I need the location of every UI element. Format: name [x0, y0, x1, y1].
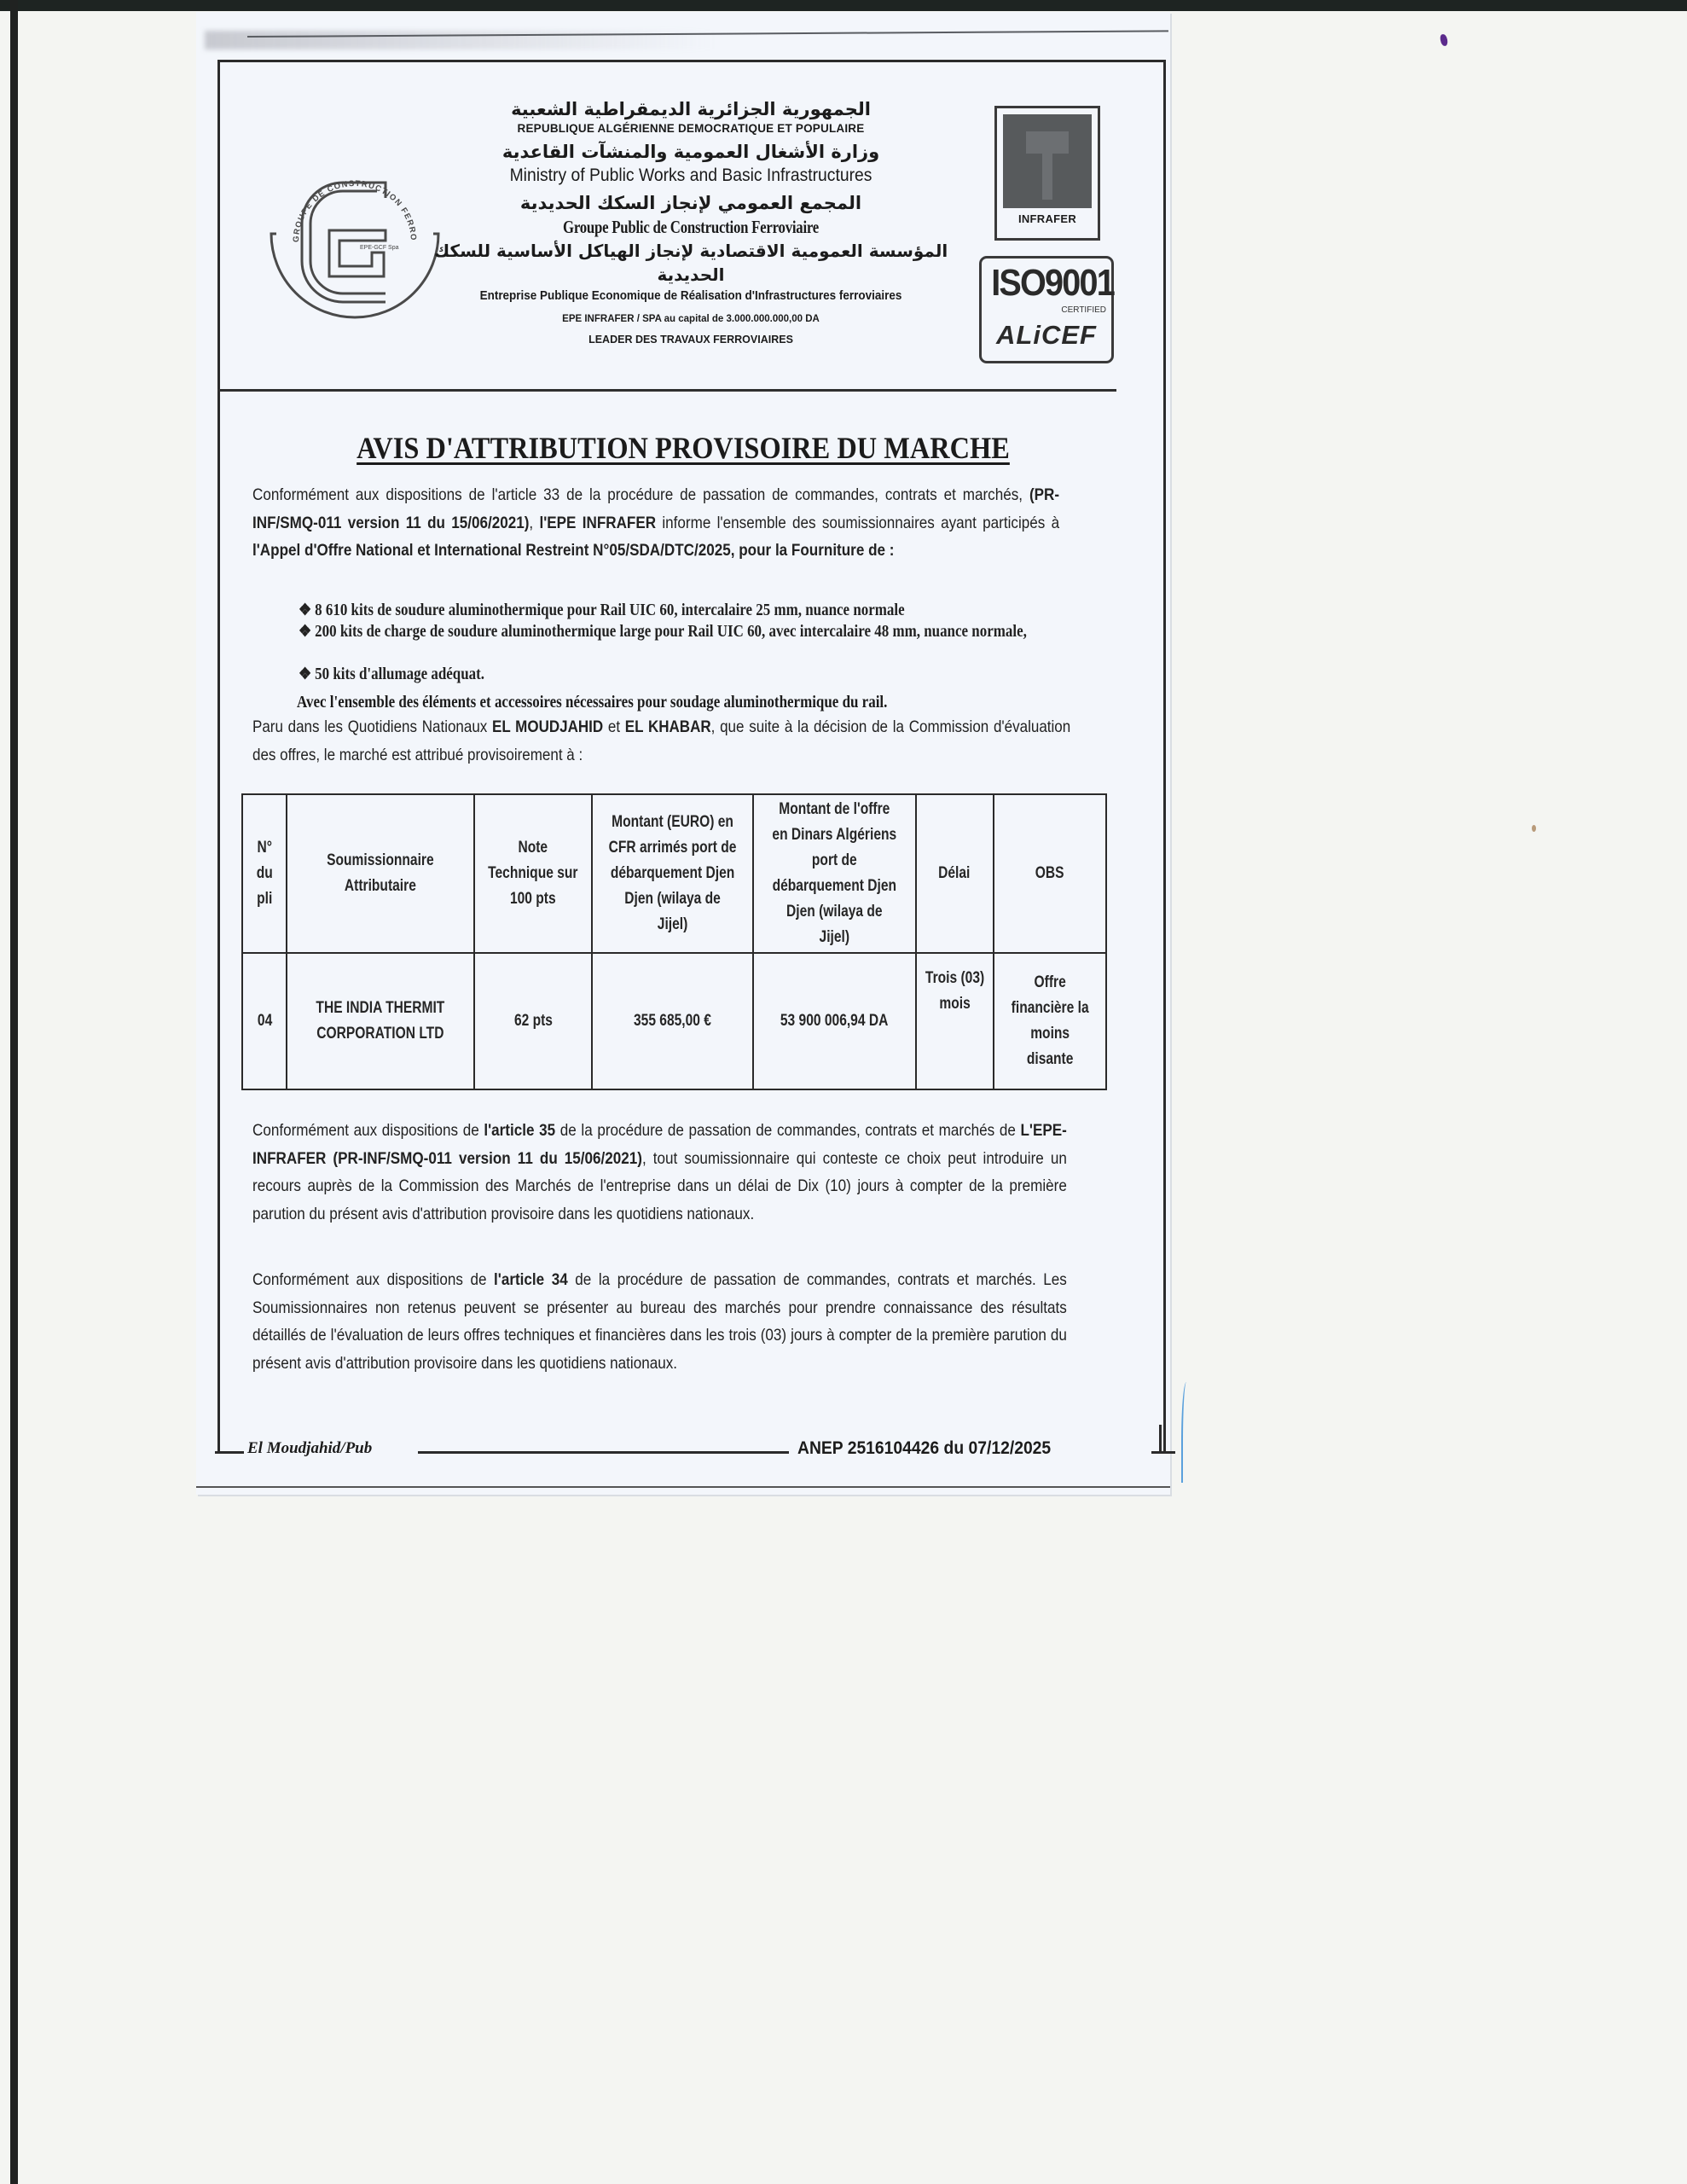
- republic-name: REPUBLIQUE ALGÉRIENNE DEMOCRATIQUE ET PO…: [418, 121, 964, 136]
- clipping-bottom-edge: [196, 1486, 1170, 1488]
- tender-ref: l'Appel d'Offre National et Internationa…: [252, 541, 731, 560]
- logo-ring-text: GROUPE DE CONSTRUCTION FERROVIAIRE: [264, 148, 418, 242]
- group-name: Groupe Public de Construction Ferroviair…: [472, 215, 909, 239]
- pen-mark: [1181, 1382, 1190, 1483]
- supply-item: ❖8 610 kits de soudure aluminothermique …: [299, 601, 1078, 620]
- cell-obs: Offre financière la moins disante: [994, 953, 1106, 1089]
- footer-rule: [418, 1451, 789, 1454]
- ministry-name: Ministry of Public Works and Basic Infra…: [440, 164, 942, 188]
- iso-certified: CERTIFIED: [1061, 305, 1106, 315]
- supply-item: ❖200 kits de charge de soudure aluminoth…: [299, 622, 1107, 642]
- svg-text:GROUPE DE CONSTRUCTION FERROVI: GROUPE DE CONSTRUCTION FERROVIAIRE: [264, 148, 418, 242]
- footer-source: El Moudjahid/Pub: [247, 1439, 372, 1458]
- company-tagline: LEADER DES TRAVAUX FERROVIAIRES: [418, 331, 964, 348]
- publication-paragraph: Paru dans les Quotidiens Nationaux EL MO…: [252, 713, 1070, 769]
- arabic-enterprise: المؤسسة العمومية الاقتصادية لإنجاز الهيا…: [418, 239, 964, 287]
- results-paragraph: Conformément aux dispositions de l'artic…: [252, 1266, 1067, 1377]
- letterhead: الجمهورية الجزائرية الديمقراطية الشعبية …: [418, 97, 964, 348]
- bullet-diamond-icon: ❖: [299, 665, 315, 684]
- gcf-logo-icon: GROUPE DE CONSTRUCTION FERROVIAIRE EPE-G…: [264, 148, 443, 328]
- footer-rule: [215, 1451, 244, 1454]
- table-header-row: N° du pli Soumissionnaire Attributaire N…: [242, 794, 1106, 953]
- col-header-amount-dzd: Montant de l'offre en Dinars Algériens p…: [753, 794, 916, 953]
- page-corner: [18, 11, 43, 37]
- cell-pli: 04: [242, 953, 287, 1089]
- rail-profile-icon: [1003, 114, 1092, 208]
- col-header-amount-eur: Montant (EURO) en CFR arrimés port de dé…: [592, 794, 753, 953]
- intro-paragraph: Conformément aux dispositions de l'artic…: [252, 481, 1059, 565]
- arabic-group: المجمع العمومي لإنجاز السكك الحديدية: [418, 191, 964, 215]
- company-capital: EPE INFRAFER / SPA au capital de 3.000.0…: [418, 311, 964, 328]
- appeal-paragraph: Conformément aux dispositions de l'artic…: [252, 1117, 1067, 1228]
- header-separator: [217, 389, 1116, 392]
- cell-bidder: THE INDIA THERMIT CORPORATION LTD: [287, 953, 474, 1089]
- newspaper-2: EL KHABAR: [625, 717, 711, 736]
- enterprise-name: Entreprise Publique Economique de Réalis…: [437, 287, 944, 305]
- newspaper-1: EL MOUDJAHID: [492, 717, 603, 736]
- award-table: N° du pli Soumissionnaire Attributaire N…: [241, 793, 1107, 1090]
- footer-anep-reference: ANEP 2516104426 du 07/12/2025: [797, 1438, 1051, 1459]
- newspaper-clipping: GROUPE DE CONSTRUCTION FERROVIAIRE EPE-G…: [196, 12, 1170, 1495]
- iso-certifier: ALiCEF: [982, 320, 1111, 351]
- paper-speck: [1532, 825, 1536, 832]
- iso-certification-badge: ISO9001 CERTIFIED ALiCEF: [979, 256, 1114, 363]
- col-header-technical-score: Note Technique sur 100 pts: [474, 794, 592, 953]
- cell-amount-dzd: 53 900 006,94 DA: [753, 953, 916, 1089]
- iso-label: ISO9001: [991, 262, 1102, 305]
- article-ref: l'article 34: [494, 1270, 568, 1289]
- bullet-diamond-icon: ❖: [299, 601, 315, 620]
- article-ref: l'article 35: [484, 1121, 555, 1140]
- arabic-republic: الجمهورية الجزائرية الديمقراطية الشعبية: [418, 97, 964, 121]
- organization: l'EPE INFRAFER: [539, 514, 656, 532]
- cell-amount-eur: 355 685,00 €: [592, 953, 753, 1089]
- infrafer-label: INFRAFER: [997, 212, 1098, 225]
- frame-corner: [1159, 1425, 1162, 1451]
- cell-technical-score: 62 pts: [474, 953, 592, 1089]
- supply-item: ❖50 kits d'allumage adéquat.: [299, 665, 744, 684]
- infrafer-logo: INFRAFER: [994, 106, 1100, 241]
- scanner-left-edge: [10, 0, 18, 2184]
- col-header-obs: OBS: [994, 794, 1106, 953]
- col-header-pli: N° du pli: [242, 794, 287, 953]
- ink-speck: [1440, 33, 1448, 46]
- footer-rule: [1151, 1451, 1175, 1454]
- supply-note: Avec l'ensemble des éléments et accessoi…: [297, 693, 1113, 713]
- table-row: 04 THE INDIA THERMIT CORPORATION LTD 62 …: [242, 953, 1106, 1089]
- notice-title: AVIS D'ATTRIBUTION PROVISOIRE DU MARCHE: [245, 430, 1122, 466]
- logo-inner-text: EPE-GCF Spa: [360, 245, 399, 251]
- arabic-ministry: وزارة الأشغال العمومية والمنشآت القاعدية: [418, 140, 964, 164]
- col-header-delay: Délai: [916, 794, 994, 953]
- bullet-diamond-icon: ❖: [299, 622, 315, 642]
- cell-delay: Trois (03) mois: [916, 953, 994, 1089]
- col-header-bidder: Soumissionnaire Attributaire: [287, 794, 474, 953]
- scanner-top-edge: [0, 0, 1687, 11]
